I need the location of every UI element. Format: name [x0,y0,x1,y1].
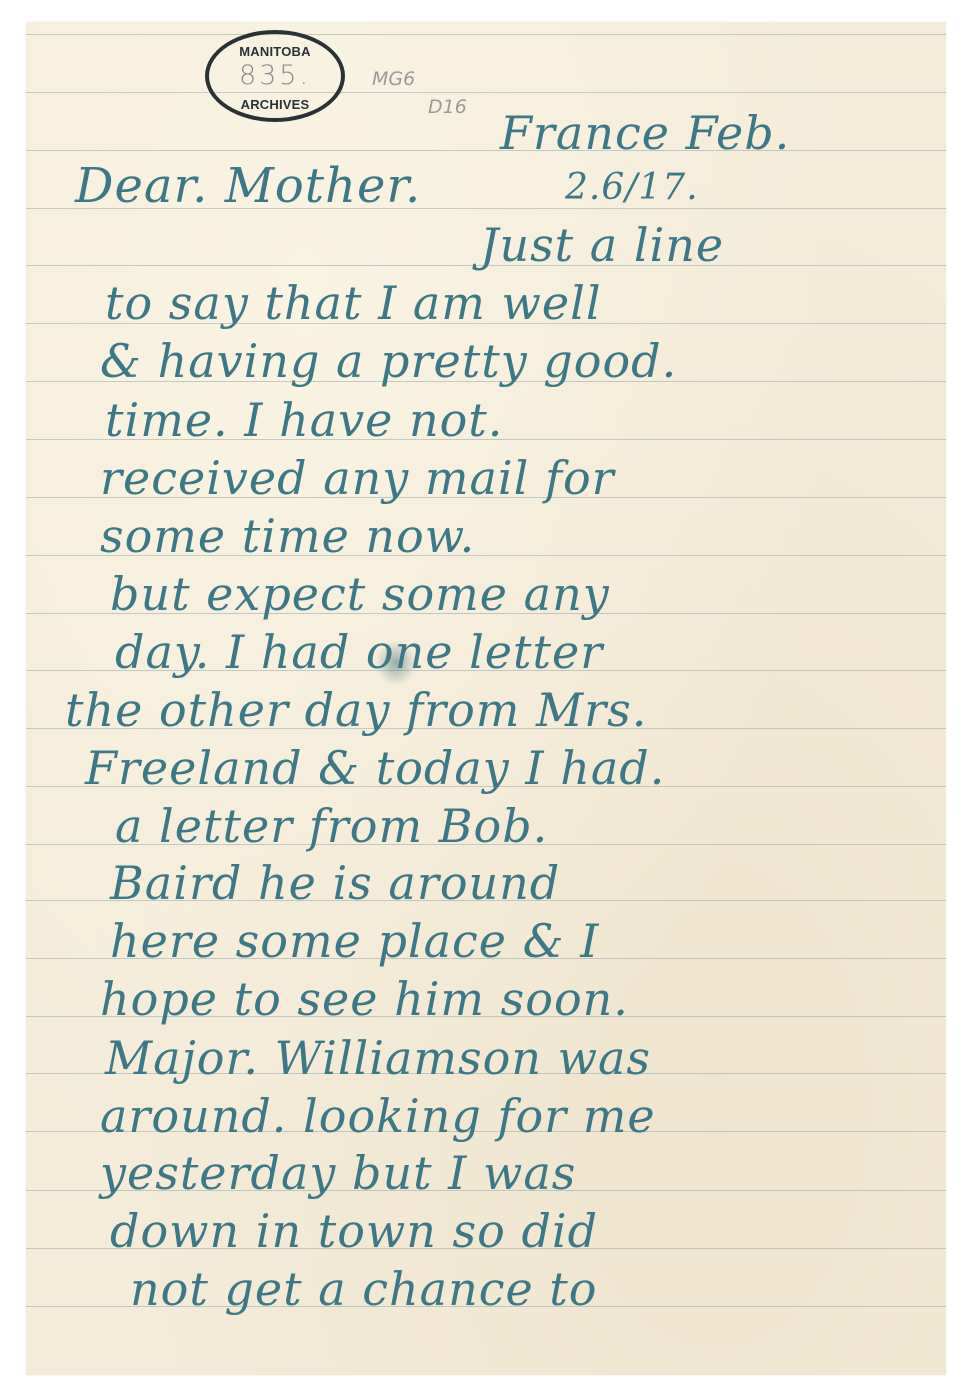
letter-line-11: a letter from Bob. [115,803,548,849]
letter-line-13: here some place & I [110,918,599,964]
letter-line-2: to say that I am well [105,280,602,326]
letter-date: 2.6/17. [565,170,699,206]
stamp-top-text: MANITOBA [209,44,341,59]
perforated-top-edge [26,18,946,26]
letter-line-3: & having a pretty good. [100,338,677,384]
stamp-accession-number: 835. [209,60,341,91]
letter-line-16: around. looking for me [100,1093,656,1139]
letter-line-1: Just a line [480,222,724,268]
stamp-bottom-text: ARCHIVES [209,97,341,112]
letter-line-19: not get a chance to [130,1266,597,1312]
letter-line-18: down in town so did [110,1208,598,1254]
letter-line-6: some time now. [100,513,475,559]
ruled-line [26,34,946,35]
letter-line-15: Major. Williamson was [105,1035,651,1081]
ink-smudge [375,640,417,686]
letter-line-5: received any mail for [100,455,615,501]
letter-line-12: Baird he is around [110,860,560,906]
letter-line-8: day. I had one letter [115,629,603,675]
letter-place-month: France Feb. [500,110,790,156]
reference-code-line2: D16 [428,96,467,118]
archive-stamp: MANITOBA 835. ARCHIVES [205,30,345,122]
letter-line-9: the other day from Mrs. [65,687,647,733]
letter-line-10: Freeland & today I had. [85,745,665,791]
reference-code-line1: MG6 [372,68,415,90]
letter-line-4: time. I have not. [105,397,503,443]
letter-line-14: hope to see him soon. [100,976,629,1022]
letter-line-7: but expect some any [110,571,610,617]
ruled-line [26,92,946,93]
letter-line-17: yesterday but I was [100,1150,576,1196]
ruled-line [26,150,946,151]
letter-salutation: Dear. Mother. [75,162,421,210]
